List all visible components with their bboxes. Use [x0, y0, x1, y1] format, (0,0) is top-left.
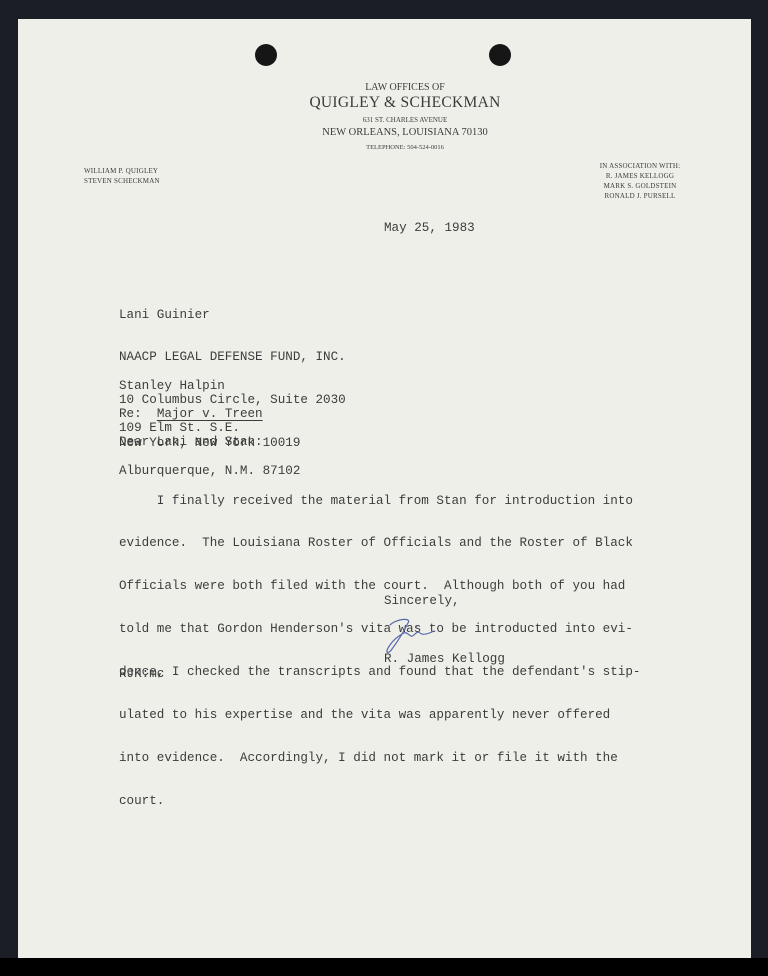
- letterhead-street: 631 ST. CHARLES AVENUE: [265, 116, 545, 124]
- partner-name: STEVEN SCHECKMAN: [84, 176, 160, 186]
- body-line: ulated to his expertise and the vita was…: [119, 708, 640, 722]
- association-heading: IN ASSOCIATION WITH:: [590, 161, 690, 171]
- partner-list: WILLIAM P. QUIGLEY STEVEN SCHECKMAN: [84, 166, 160, 186]
- address-line: 109 Elm St. S.E.: [119, 421, 300, 435]
- letterhead-city: NEW ORLEANS, LOUISIANA 70130: [235, 127, 575, 138]
- typist-initials: RJK:mc: [119, 667, 164, 681]
- partner-name: WILLIAM P. QUIGLEY: [84, 166, 160, 176]
- letter-page: LAW OFFICES OF QUIGLEY & SCHECKMAN 631 S…: [18, 19, 751, 958]
- letterhead-law-offices: LAW OFFICES OF: [265, 82, 545, 93]
- signer-name: R. James Kellogg: [384, 652, 505, 666]
- letter-body: I finally received the material from Sta…: [119, 465, 640, 837]
- body-line: Officials were both filed with the court…: [119, 579, 640, 593]
- re-line: Re: Major v. Treen: [119, 407, 263, 421]
- letterhead-phone: TELEPHONE: 504-524-0016: [265, 144, 545, 151]
- body-line: court.: [119, 794, 640, 808]
- body-line: I finally received the material from Sta…: [119, 494, 640, 508]
- re-subject: Major v. Treen: [157, 407, 263, 421]
- body-line: evidence. The Louisiana Roster of Offici…: [119, 536, 640, 550]
- address-line: Stanley Halpin: [119, 379, 300, 393]
- body-line: told me that Gordon Henderson's vita was…: [119, 622, 640, 636]
- letter-date: May 25, 1983: [384, 221, 475, 235]
- re-label: Re:: [119, 407, 142, 421]
- associate-name: MARK S. GOLDSTEIN: [590, 181, 690, 191]
- associate-name: R. JAMES KELLOGG: [590, 171, 690, 181]
- scan-bottom-border: [0, 958, 768, 976]
- closing: Sincerely,: [384, 594, 460, 608]
- body-line: into evidence. Accordingly, I did not ma…: [119, 751, 640, 765]
- salutation: Dear Lani and Stan:: [119, 435, 263, 449]
- associate-name: RONALD J. PURSELL: [590, 191, 690, 201]
- punch-hole-left: [255, 44, 277, 66]
- letterhead-firm-name: QUIGLEY & SCHECKMAN: [225, 94, 585, 112]
- punch-hole-right: [489, 44, 511, 66]
- body-line: dence, I checked the transcripts and fou…: [119, 665, 640, 679]
- address-line: Lani Guinier: [119, 308, 346, 322]
- handwritten-signature: [382, 615, 452, 657]
- association-list: IN ASSOCIATION WITH: R. JAMES KELLOGG MA…: [590, 161, 690, 201]
